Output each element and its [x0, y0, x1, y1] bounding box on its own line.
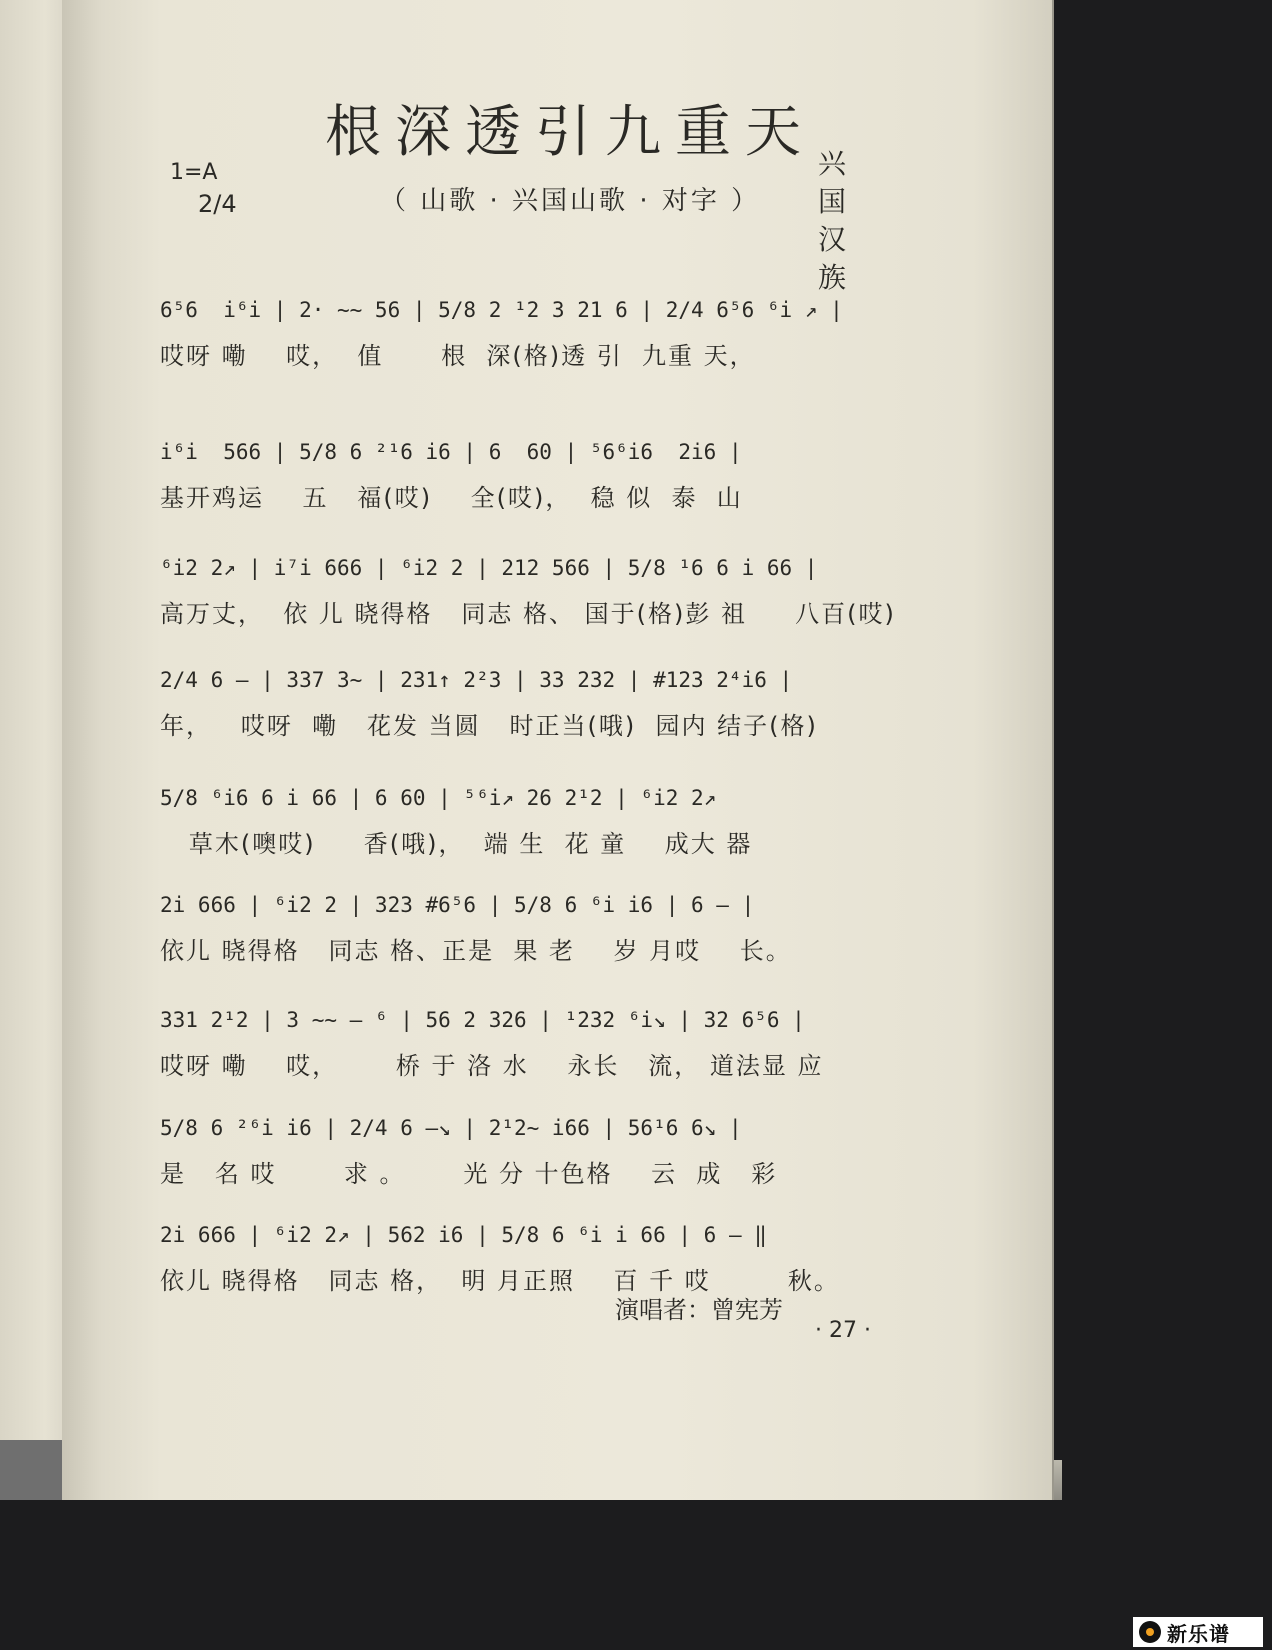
score-system-4: 2/4 6 — | 337 3~ | 231↑ 2²3 | 33 232 | #…	[160, 660, 880, 741]
notation-line: 2/4 6 — | 337 3~ | 231↑ 2²3 | 33 232 | #…	[160, 660, 880, 700]
notation-line: 5/8 ⁶i6 6 i 66 | 6 60 | ⁵⁶i↗ 26 2¹2 | ⁶i…	[160, 778, 880, 818]
lyrics-line: 基开鸡运 五 福(哎) 全(哎)， 稳 似 泰 山	[160, 478, 880, 513]
vinyl-record-icon	[1139, 1621, 1161, 1643]
origin-ethnicity: 汉族	[818, 221, 868, 297]
time-signature: 2/4	[198, 190, 237, 218]
watermark-logo[interactable]: 新乐谱	[1133, 1617, 1263, 1647]
notation-line: ⁶i2 2↗ | i⁷i 666 | ⁶i2 2 | 212 566 | 5/8…	[160, 548, 880, 588]
lyrics-line: 年， 哎呀 嘞 花发 当圆 时正当(哦) 园内 结子(格)	[160, 706, 880, 741]
lyrics-line: 高万丈， 依 儿 晓得格 同志 格、 国于(格)彭 祖 八百(哎)	[160, 594, 880, 629]
key-signature: 1=A	[170, 160, 217, 185]
score-system-7: 331 2¹2 | 3 ~~ — ⁶ | 56 2 326 | ¹232 ⁶i↘…	[160, 1000, 880, 1081]
lyrics-line: 是 名 哎 求 。 光 分 十色格 云 成 彩	[160, 1154, 880, 1189]
notation-line: 331 2¹2 | 3 ~~ — ⁶ | 56 2 326 | ¹232 ⁶i↘…	[160, 1000, 880, 1040]
score-system-9: 2i 666 | ⁶i2 2↗ | 562 i6 | 5/8 6 ⁶i i 66…	[160, 1215, 880, 1296]
score-system-1: 6⁵6 i⁶i | 2· ~~ 56 | 5/8 2 ¹2 3 21 6 | 2…	[160, 290, 880, 371]
lyrics-line: 哎呀 嘞 哎， 桥 于 洛 水 永长 流， 道法显 应	[160, 1046, 880, 1081]
watermark-label: 新乐谱	[1167, 1618, 1230, 1647]
origin-region: 兴国	[818, 145, 868, 221]
score-system-6: 2i 666 | ⁶i2 2 | 323 #6⁵6 | 5/8 6 ⁶i i6 …	[160, 885, 880, 966]
lyrics-line: 哎呀 嘞 哎， 值 根 深(格)透 引 九重 天，	[160, 336, 880, 371]
lyrics-line: 依儿 晓得格 同志 格、正是 果 老 岁 月哎 长。	[160, 931, 880, 966]
singer-credit: 演唱者：曾宪芳	[615, 1290, 783, 1325]
notation-line: 2i 666 | ⁶i2 2↗ | 562 i6 | 5/8 6 ⁶i i 66…	[160, 1215, 880, 1255]
notation-line: 6⁵6 i⁶i | 2· ~~ 56 | 5/8 2 ¹2 3 21 6 | 2…	[160, 290, 880, 330]
page-number: · 27 ·	[815, 1318, 871, 1343]
score-system-8: 5/8 6 ²⁶i i6 | 2/4 6 —↘ | 2¹2~ i66 | 56¹…	[160, 1108, 880, 1189]
score-system-5: 5/8 ⁶i6 6 i 66 | 6 60 | ⁵⁶i↗ 26 2¹2 | ⁶i…	[160, 778, 880, 859]
song-genre-subtitle: （ 山歌 · 兴国山歌 · 对字 ）	[380, 180, 760, 217]
song-origin: 兴国 汉族	[818, 145, 868, 297]
score-system-3: ⁶i2 2↗ | i⁷i 666 | ⁶i2 2 | 212 566 | 5/8…	[160, 548, 880, 629]
lyrics-line: 草木(噢哎) 香(哦)， 端 生 花 童 成大 器	[160, 824, 880, 859]
notation-line: 5/8 6 ²⁶i i6 | 2/4 6 —↘ | 2¹2~ i66 | 56¹…	[160, 1108, 880, 1148]
notation-line: 2i 666 | ⁶i2 2 | 323 #6⁵6 | 5/8 6 ⁶i i6 …	[160, 885, 880, 925]
score-system-2: i⁶i 566 | 5/8 6 ²¹6 i6 | 6 60 | ⁵6⁶i6 2i…	[160, 432, 880, 513]
song-title: 根深透引九重天	[325, 88, 815, 168]
notation-line: i⁶i 566 | 5/8 6 ²¹6 i6 | 6 60 | ⁵6⁶i6 2i…	[160, 432, 880, 472]
